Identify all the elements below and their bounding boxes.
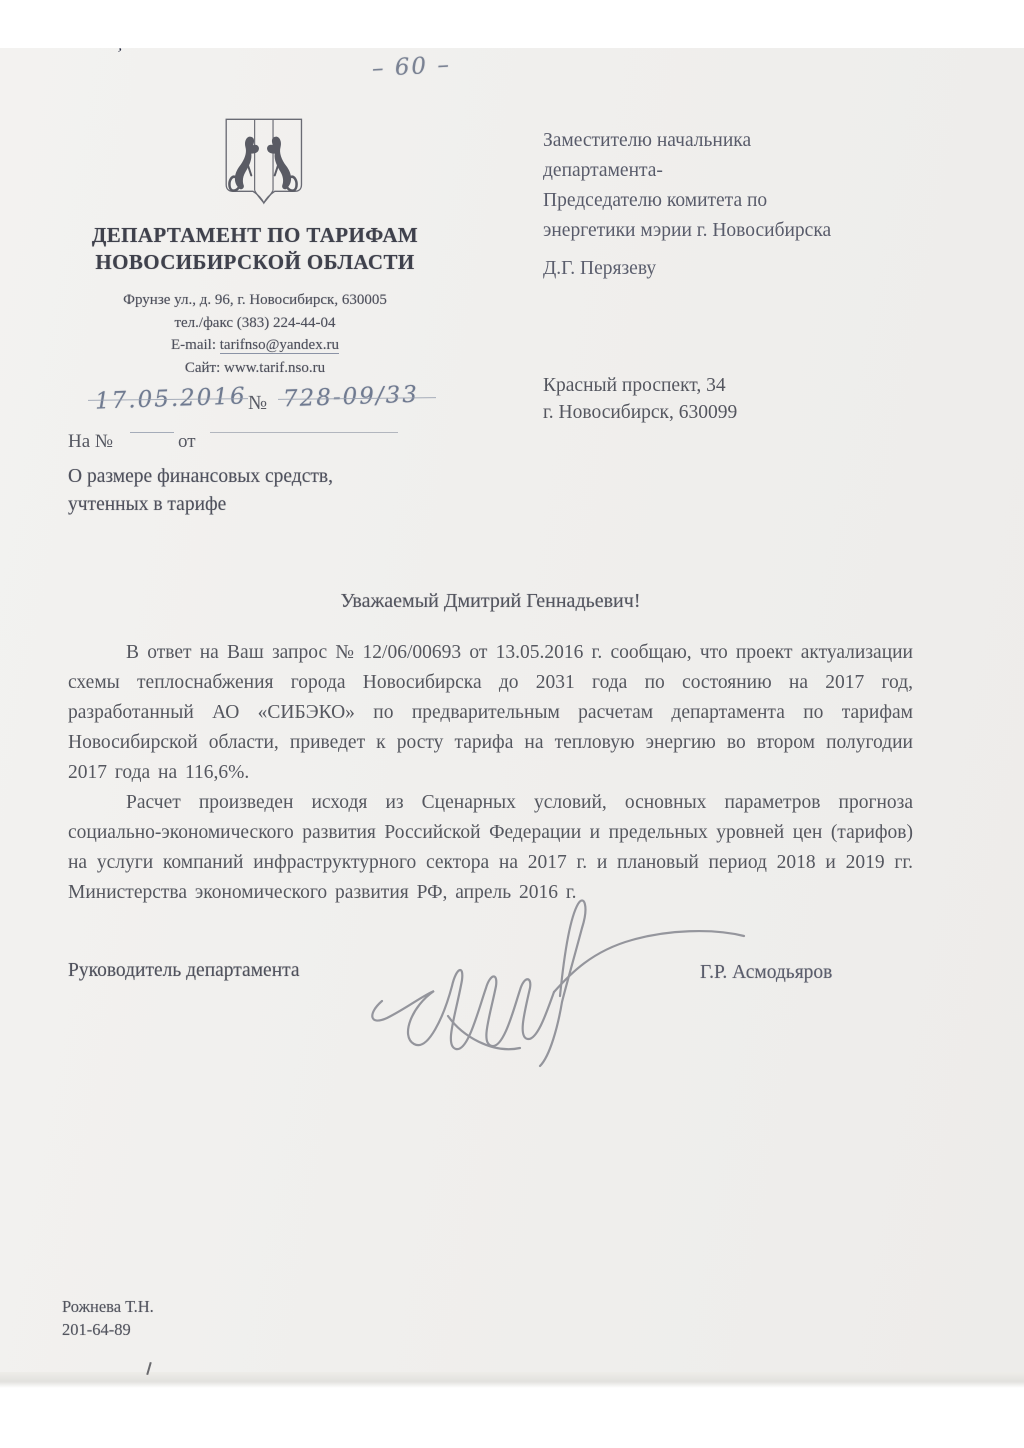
- reply-date-blank: [210, 432, 398, 433]
- email-label: E-mail:: [171, 337, 220, 353]
- org-address: Фрунзе ул., д. 96, г. Новосибирск, 63000…: [62, 289, 448, 312]
- addressee-line: энергетики мэрии г. Новосибирска: [543, 216, 943, 246]
- addressee-address-line2: г. Новосибирск, 630099: [543, 399, 737, 426]
- addressee-address: Красный проспект, 34 г. Новосибирск, 630…: [543, 372, 737, 426]
- org-name: ДЕПАРТАМЕНТ ПО ТАРИФАМ НОВОСИБИРСКОЙ ОБЛ…: [62, 222, 448, 276]
- addressee-address-line1: Красный проспект, 34: [543, 372, 737, 399]
- addressee-line: Заместителю начальника: [543, 126, 943, 156]
- addressee-line: Председателю комитета по: [543, 186, 943, 216]
- subject-line1: О размере финансовых средств,: [68, 463, 428, 491]
- addressee-name: Д.Г. Перязеву: [543, 258, 656, 280]
- handwritten-signature: [352, 896, 752, 1076]
- org-site-line: Сайт: www.tarif.nso.ru: [62, 357, 448, 380]
- letterhead-contacts: Фрунзе ул., д. 96, г. Новосибирск, 63000…: [62, 289, 448, 379]
- executor-name: Рожнева Т.Н.: [62, 1295, 154, 1318]
- executor-block: Рожнева Т.Н. 201-64-89: [62, 1295, 154, 1341]
- subject-block: О размере финансовых средств, учтенных в…: [68, 463, 428, 519]
- addressee-block: Заместителю начальника департамента- Пре…: [543, 126, 943, 246]
- body-paragraph-1: В ответ на Ваш запрос № 12/06/00693 от 1…: [68, 638, 913, 788]
- reply-from-label: от: [178, 431, 196, 453]
- org-email-line: E-mail: tarifnso@yandex.ru: [62, 334, 448, 357]
- number-sign: №: [248, 392, 267, 415]
- signer-name: Г.Р. Асмодьяров: [700, 962, 832, 984]
- org-name-line2: НОВОСИБИРСКОЙ ОБЛАСТИ: [62, 249, 448, 276]
- addressee-line: департамента-: [543, 156, 943, 186]
- site-label: Сайт:: [185, 360, 224, 376]
- signer-position: Руководитель департамента: [68, 960, 300, 982]
- body-paragraph-2: Расчет произведен исходя из Сценарных ус…: [68, 788, 913, 908]
- novosibirsk-oblast-coat-of-arms-icon: [221, 116, 305, 208]
- email-address: tarifnso@yandex.ru: [220, 337, 339, 354]
- reply-number-blank: [130, 432, 174, 433]
- site-address: www.tarif.nso.ru: [224, 360, 325, 376]
- scan-bottom-edge: [0, 1372, 1024, 1388]
- executor-phone: 201-64-89: [62, 1318, 154, 1341]
- handwritten-page-number: – 60 –: [371, 52, 451, 82]
- reply-reference-prefix: На №: [68, 431, 113, 453]
- org-name-line1: ДЕПАРТАМЕНТ ПО ТАРИФАМ: [62, 222, 448, 249]
- subject-line2: учтенных в тарифе: [68, 491, 428, 519]
- org-phone: тел./факс (383) 224-44-04: [62, 312, 448, 335]
- salutation: Уважаемый Дмитрий Геннадьевич!: [68, 590, 913, 613]
- letter-body: В ответ на Ваш запрос № 12/06/00693 от 1…: [68, 638, 913, 908]
